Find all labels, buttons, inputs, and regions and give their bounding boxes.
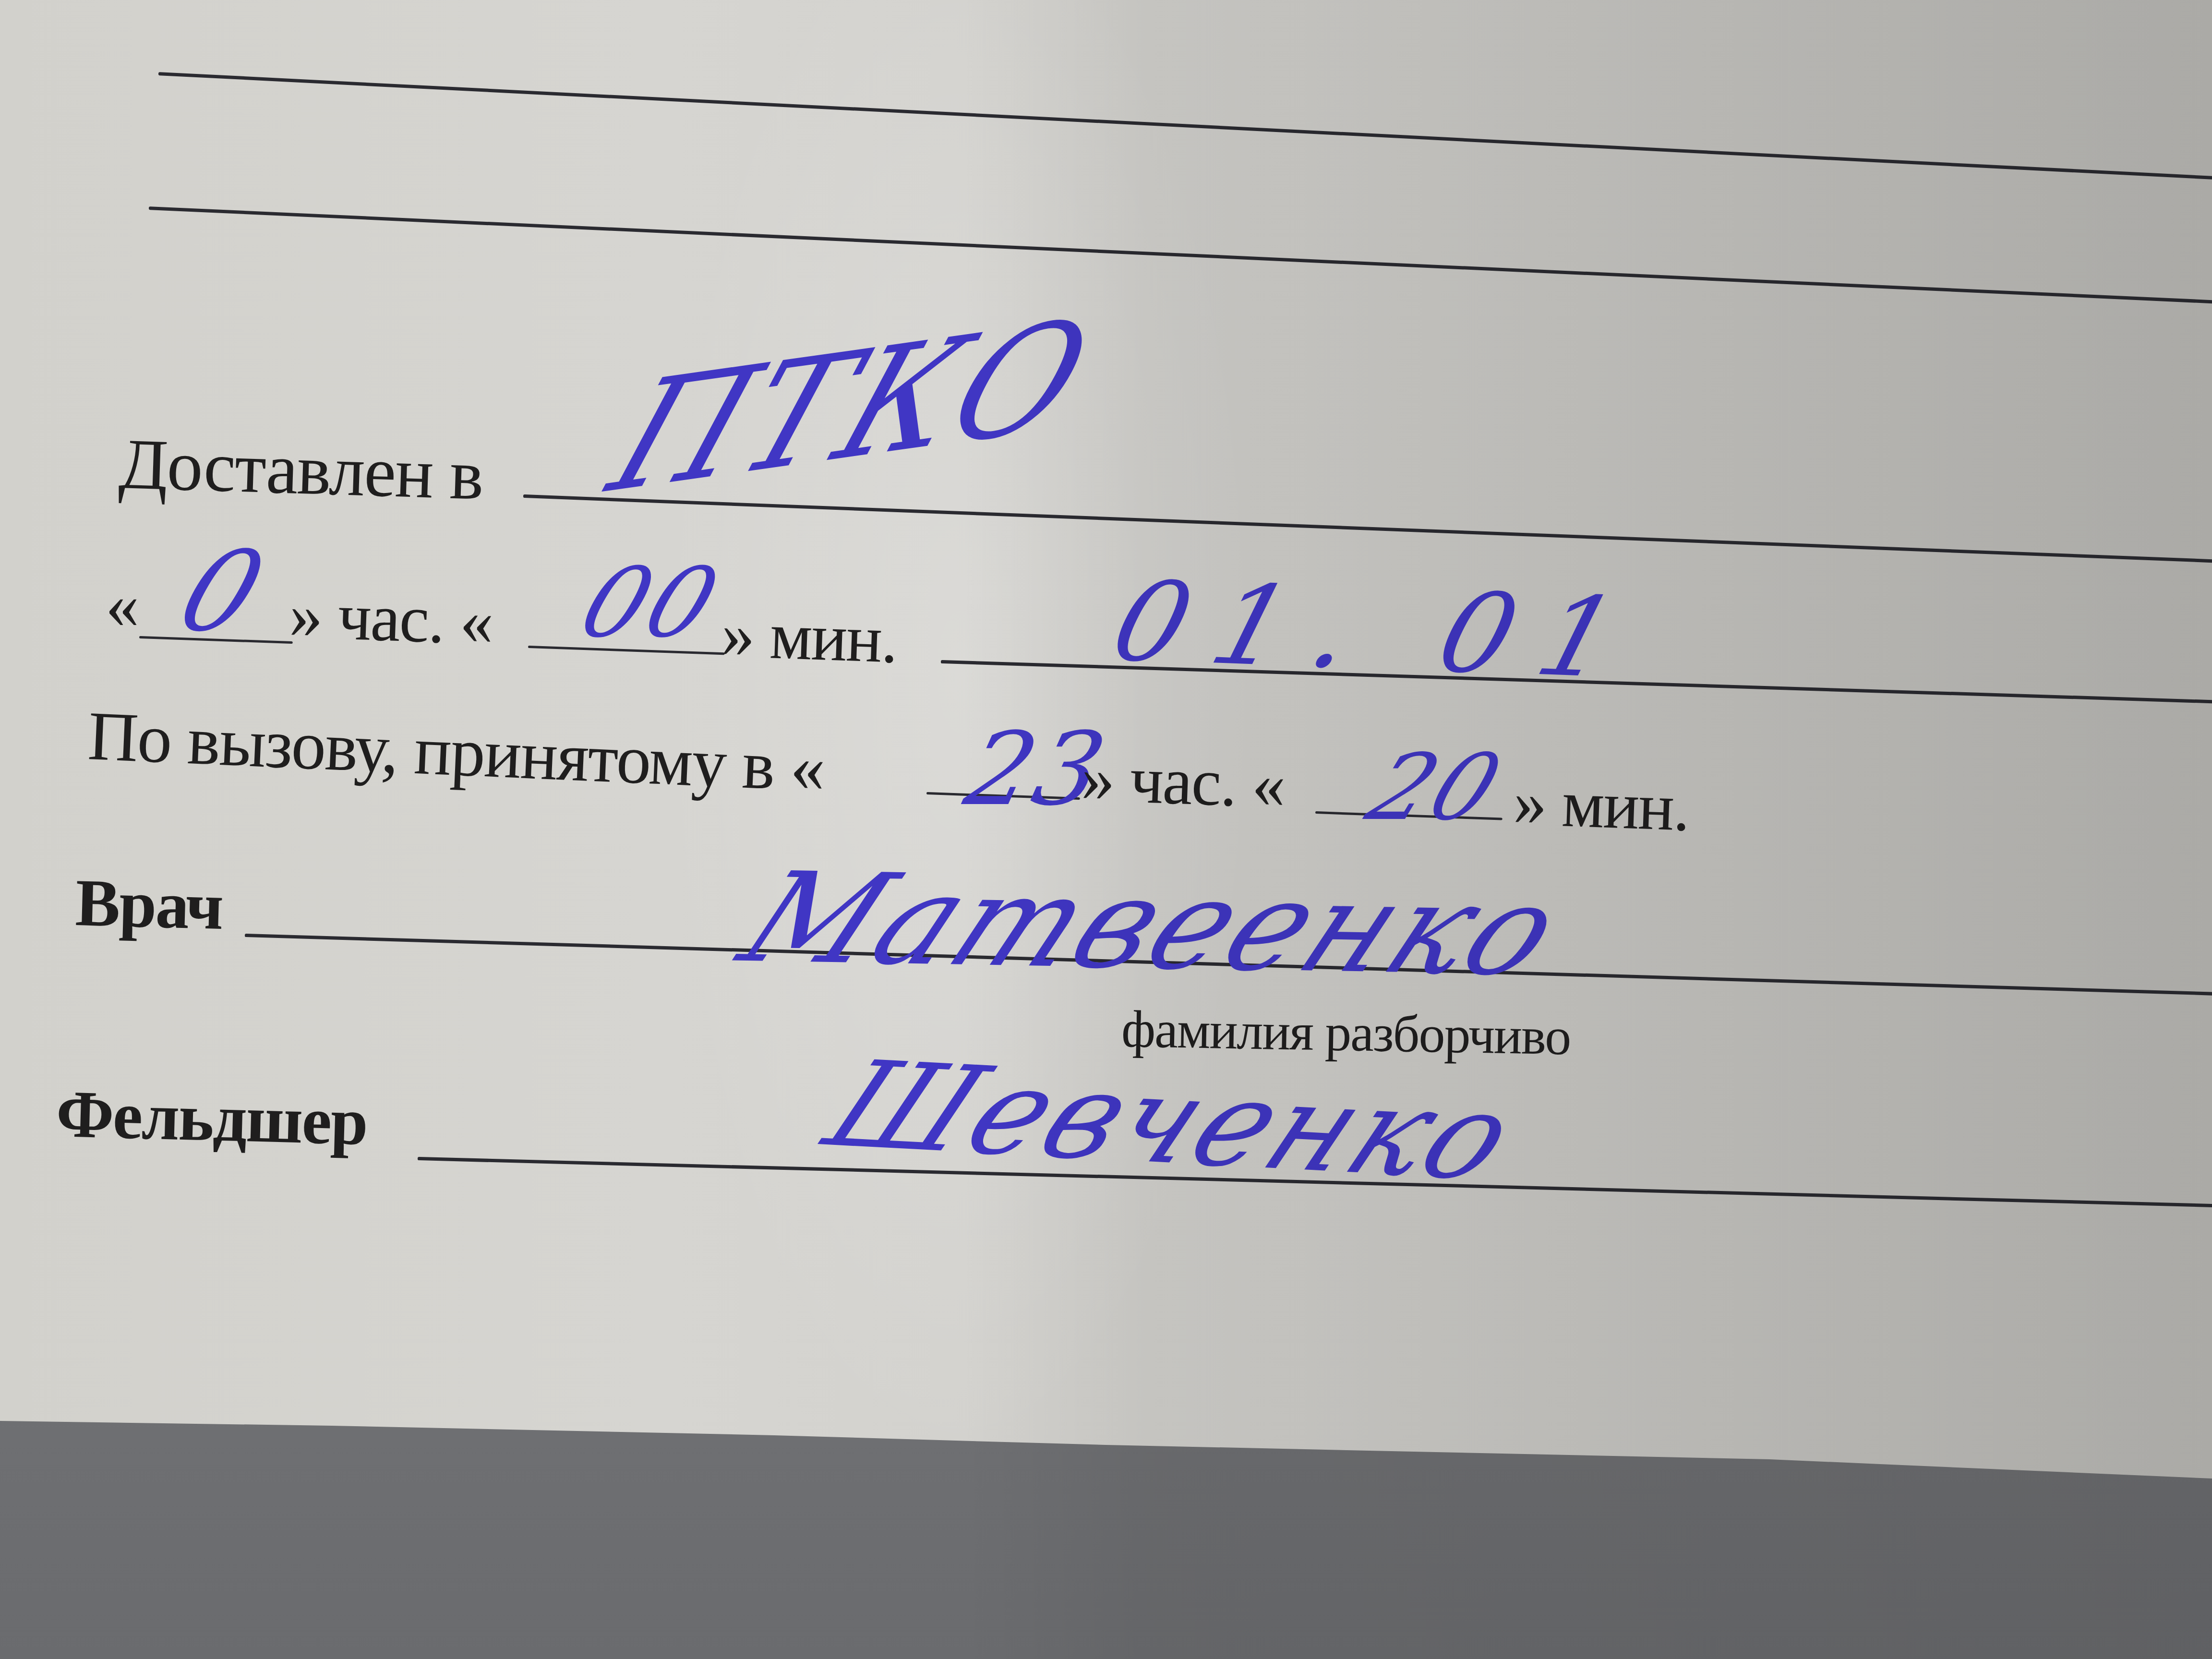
- blank-line-1: [158, 72, 2212, 180]
- doctor-name: Матвеенко: [720, 846, 1586, 1004]
- call-minutes-suffix: » мин.: [1512, 763, 1691, 847]
- delivery-minutes: 00: [566, 547, 735, 659]
- delivered-to-label: Доставлен в: [118, 422, 484, 517]
- delivered-to-value: ПТКО: [590, 285, 1114, 528]
- paper-form: Доставлен в ПТКО « 0 » час. « 00 » мин. …: [0, 0, 2212, 1483]
- doctor-label: Врач: [74, 864, 224, 945]
- delivered-to-line: [523, 494, 2212, 563]
- delivery-minutes-suffix: » мин.: [720, 595, 899, 679]
- call-hours-suffix: » час. «: [1080, 739, 1286, 824]
- blank-line-2: [149, 206, 2212, 304]
- call-received-label: По вызову, принятому в «: [86, 696, 826, 808]
- delivery-date: 01. 01: [1099, 558, 1659, 703]
- call-minutes: 20: [1354, 734, 1518, 841]
- delivery-hours-suffix: » час. «: [288, 576, 494, 661]
- photo-scene: Доставлен в ПТКО « 0 » час. « 00 » мин. …: [0, 0, 2212, 1659]
- delivery-hours: 0: [163, 528, 283, 656]
- delivery-open-quote: «: [106, 566, 138, 644]
- paramedic-label: Фельдшер: [55, 1075, 368, 1161]
